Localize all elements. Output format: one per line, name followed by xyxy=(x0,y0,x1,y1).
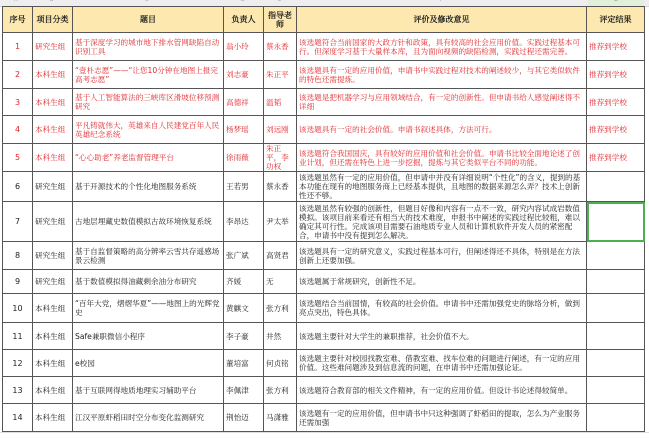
cell-seq[interactable]: 12 xyxy=(3,350,33,377)
cell-review[interactable]: 该选题符合教育部的相关文件精神，有一定的应用价值。但设计书论述得较简单。 xyxy=(297,377,587,404)
cell-category[interactable]: 研究生组 xyxy=(33,202,73,242)
cell-advisor[interactable]: 刘远刚 xyxy=(264,116,297,144)
cell-category[interactable]: 本科生组 xyxy=(33,144,73,172)
cell-advisor[interactable]: 高贤君 xyxy=(264,242,297,270)
cell-leader[interactable]: 张广斌 xyxy=(224,242,264,270)
cell-result[interactable] xyxy=(587,172,645,202)
cell-advisor[interactable]: 朱正平，李功权 xyxy=(264,144,297,172)
cell-advisor[interactable]: 朱正平 xyxy=(264,61,297,89)
cell-result[interactable] xyxy=(587,323,645,350)
cell-result[interactable]: 推荐到学校 xyxy=(587,33,645,61)
cell-title[interactable]: 基于互联网得地质地理实习辅助平台 xyxy=(73,377,224,404)
cell-seq[interactable]: 8 xyxy=(3,242,33,270)
cell-review[interactable]: 该选题有一定的应用价值，但申请书中只这种强调了虾稻田的提取，怎么为产业服务还需加… xyxy=(297,404,587,432)
cell-title[interactable]: “心心助老”养老监督管理平台 xyxy=(73,144,224,172)
table-row: 2本科生组“壹朴志愿”——“让您10分钟在地图上报完高考志愿”刘志豪朱正平该选题… xyxy=(3,61,645,89)
cell-title[interactable]: e校园 xyxy=(73,350,224,377)
table-row: 3本科生组基于人工智能算法的三峡库区滑坡位移预测研究高德祥温韬该选题是把机器学习… xyxy=(3,89,645,116)
empty-rows-area xyxy=(0,432,649,439)
header-advisor[interactable]: 指导老师 xyxy=(264,7,297,33)
cell-result[interactable]: 推荐到学校 xyxy=(587,89,645,116)
header-row: 序号 项目分类 题目 负责人 指导老师 评价及修改意见 评定结果 xyxy=(3,7,645,33)
cell-category[interactable]: 本科生组 xyxy=(33,294,73,323)
cell-title[interactable]: 基于深度学习的城市地下排水管网缺陷自动识别工具 xyxy=(73,33,224,61)
cell-advisor[interactable]: 蔡永香 xyxy=(264,172,297,202)
cell-result[interactable] xyxy=(587,350,645,377)
cell-seq[interactable]: 9 xyxy=(3,270,33,294)
table-row: 7研究生组古地层埋藏史数值模拟古故环境恢复系统李昂达尹太举该选题虽然有较强的创新… xyxy=(3,202,645,242)
header-title[interactable]: 题目 xyxy=(73,7,224,33)
cell-seq[interactable]: 3 xyxy=(3,89,33,116)
table-row: 5本科生组“心心助老”养老监督管理平台徐雨薇朱正平，李功权该选题符合我国国庆，具… xyxy=(3,144,645,172)
cell-advisor[interactable]: 温韬 xyxy=(264,89,297,116)
cell-result[interactable] xyxy=(587,242,645,270)
table-row: 14本科生组江汉平原虾稻田时空分布变化监测研究荆怡迈马潇雅该选题有一定的应用价值… xyxy=(3,404,645,432)
cell-title[interactable]: 基于数值模拟得油藏剩余油分布研究 xyxy=(73,270,224,294)
cell-result[interactable] xyxy=(587,377,645,404)
cell-review[interactable]: 该选题属于常规研究，创新性不足。 xyxy=(297,270,587,294)
cell-advisor[interactable]: 蔡永香 xyxy=(264,33,297,61)
table-row: 13本科生组基于互联网得地质地理实习辅助平台李佩津张方利该选题符合教育部的相关文… xyxy=(3,377,645,404)
cell-review[interactable]: 该选题结合当前国情，有较高的社会价值。申请书中还需加强党史的脉络分析，做到亮点突… xyxy=(297,294,587,323)
cell-category[interactable]: 研究生组 xyxy=(33,270,73,294)
cell-leader[interactable]: 李昂达 xyxy=(224,202,264,242)
column-letter-f[interactable]: F xyxy=(440,0,443,3)
header-seq[interactable]: 序号 xyxy=(3,7,33,33)
cell-leader[interactable]: 高德祥 xyxy=(224,89,264,116)
cell-seq[interactable]: 7 xyxy=(3,202,33,242)
cell-category[interactable]: 本科生组 xyxy=(33,323,73,350)
cell-seq[interactable]: 4 xyxy=(3,116,33,144)
cell-review[interactable]: 该选题具有一定的社会价值。申请书叙述具体，方法可行。 xyxy=(297,116,587,144)
cell-title[interactable]: 江汉平原虾稻田时空分布变化监测研究 xyxy=(73,404,224,432)
cell-seq[interactable]: 14 xyxy=(3,404,33,432)
header-review[interactable]: 评价及修改意见 xyxy=(297,7,587,33)
cell-review[interactable]: 该选题主要针对大学生的兼职推荐，社会价值不大。 xyxy=(297,323,587,350)
table-row: 4本科生组平凡铸就伟大，英雄来自人民建党百年人民英雄纪念系统杨梦瑶刘远刚该选题具… xyxy=(3,116,645,144)
cell-leader[interactable]: 王若男 xyxy=(224,172,264,202)
table-row: 9研究生组基于数值模拟得油藏剩余油分布研究齐媛无该选题属于常规研究，创新性不足。 xyxy=(3,270,645,294)
cell-leader[interactable]: 董培富 xyxy=(224,350,264,377)
cell-review[interactable]: 该选题具有一定的研究意义，实践过程基本可行，但阐述得还不具体，特别是在方法创新上… xyxy=(297,242,587,270)
table-row: 8研究生组基于自监督策略的高分辨率云雪共存遥感场景云检测张广斌高贤君该选题具有一… xyxy=(3,242,645,270)
cell-seq[interactable]: 11 xyxy=(3,323,33,350)
cell-review[interactable]: 该选题是把机器学习与应用领域结合，有一定的创新性。但申请书给人感觉阐述得不详细 xyxy=(297,89,587,116)
cell-leader[interactable]: 翁小玲 xyxy=(224,33,264,61)
cell-advisor[interactable]: 井然 xyxy=(264,323,297,350)
cell-result[interactable] xyxy=(587,294,645,323)
cell-seq[interactable]: 13 xyxy=(3,377,33,404)
cell-review[interactable]: 该选题具有一定的应用价值，申请书中实践过程对技术的阐述较少，与其它类似软件的特色… xyxy=(297,61,587,89)
cell-seq[interactable]: 6 xyxy=(3,172,33,202)
cell-seq[interactable]: 10 xyxy=(3,294,33,323)
cell-leader[interactable]: 刘志豪 xyxy=(224,61,264,89)
cell-result[interactable] xyxy=(587,270,645,294)
cell-category[interactable]: 本科生组 xyxy=(33,350,73,377)
cell-leader[interactable]: 李佩津 xyxy=(224,377,264,404)
header-result[interactable]: 评定结果 xyxy=(587,7,645,33)
header-category[interactable]: 项目分类 xyxy=(33,7,73,33)
cell-title[interactable]: 基于人工智能算法的三峡库区滑坡位移预测研究 xyxy=(73,89,224,116)
cell-leader[interactable]: 杨梦瑶 xyxy=(224,116,264,144)
cell-result[interactable]: 推荐到学校 xyxy=(587,144,645,172)
cell-category[interactable]: 研究生组 xyxy=(33,172,73,202)
cell-review[interactable]: 该选题主要针对校园找教室难、借教室难、找车位难的问题进行阐述，有一定的应用价值。… xyxy=(297,350,587,377)
cell-seq[interactable]: 5 xyxy=(3,144,33,172)
table-row: 6研究生组基于开源技术的个性化地图服务系统王若男蔡永香该选题虽然有一定的应用价值… xyxy=(3,172,645,202)
cell-leader[interactable]: 齐媛 xyxy=(224,270,264,294)
cell-leader[interactable]: 荆怡迈 xyxy=(224,404,264,432)
column-letter-b[interactable]: B xyxy=(50,0,53,3)
cell-title[interactable]: 基于开源技术的个性化地图服务系统 xyxy=(73,172,224,202)
cell-title[interactable]: “壹朴志愿”——“让您10分钟在地图上报完高考志愿” xyxy=(73,61,224,89)
cell-leader[interactable]: 李子豪 xyxy=(224,323,264,350)
cell-result[interactable]: 推荐到学校 xyxy=(587,61,645,89)
header-leader[interactable]: 负责人 xyxy=(224,7,264,33)
cell-seq[interactable]: 2 xyxy=(3,61,33,89)
project-review-table: 序号 项目分类 题目 负责人 指导老师 评价及修改意见 评定结果 1研究生组基于… xyxy=(2,6,645,432)
cell-result[interactable] xyxy=(587,202,645,242)
cell-review[interactable]: 该选题符合我国国庆，具有较好的应用价值和社会价值。申请书比较全面地论述了创业计划… xyxy=(297,144,587,172)
cell-title[interactable]: Safe兼职微信小程序 xyxy=(73,323,224,350)
column-letter-d[interactable]: D xyxy=(241,0,245,3)
cell-category[interactable]: 本科生组 xyxy=(33,404,73,432)
cell-title[interactable]: 平凡铸就伟大，英雄来自人民建党百年人民英雄纪念系统 xyxy=(73,116,224,144)
cell-category[interactable]: 研究生组 xyxy=(33,33,73,61)
cell-seq[interactable]: 1 xyxy=(3,33,33,61)
cell-result[interactable]: 推荐到学校 xyxy=(587,116,645,144)
cell-title[interactable]: “百年大党，熠熠华夏”——地图上的光辉党史 xyxy=(73,294,224,323)
cell-leader[interactable]: 徐雨薇 xyxy=(224,144,264,172)
cell-advisor[interactable]: 马潇雅 xyxy=(264,404,297,432)
cell-advisor[interactable]: 何贞铭 xyxy=(264,350,297,377)
column-letter-e[interactable]: E xyxy=(278,0,281,3)
cell-review[interactable]: 该选题虽然有较强的创新性，但题目好像和内容有一点不一致，研究内容试成岩数值模拟。… xyxy=(297,202,587,242)
cell-leader[interactable]: 黄麒文 xyxy=(224,294,264,323)
cell-result[interactable] xyxy=(587,404,645,432)
cell-category[interactable]: 本科生组 xyxy=(33,61,73,89)
table-row: 11本科生组Safe兼职微信小程序李子豪井然该选题主要针对大学生的兼职推荐，社会… xyxy=(3,323,645,350)
table-row: 12本科生组e校园董培富何贞铭该选题主要针对校园找教室难、借教室难、找车位难的问… xyxy=(3,350,645,377)
column-letter-a[interactable]: A xyxy=(14,0,17,3)
cell-category[interactable]: 本科生组 xyxy=(33,89,73,116)
cell-category[interactable]: 本科生组 xyxy=(33,116,73,144)
column-letter-g: G xyxy=(614,0,618,3)
cell-category[interactable]: 本科生组 xyxy=(33,377,73,404)
cell-advisor[interactable]: 张方利 xyxy=(264,294,297,323)
cell-advisor[interactable]: 张方利 xyxy=(264,377,297,404)
table-row: 10本科生组“百年大党，熠熠华夏”——地图上的光辉党史黄麒文张方利该选题结合当前… xyxy=(3,294,645,323)
table-row: 1研究生组基于深度学习的城市地下排水管网缺陷自动识别工具翁小玲蔡永香该选题符合当… xyxy=(3,33,645,61)
cell-advisor[interactable]: 尹太举 xyxy=(264,202,297,242)
cell-title[interactable]: 古地层埋藏史数值模拟古故环境恢复系统 xyxy=(73,202,224,242)
cell-title[interactable]: 基于自监督策略的高分辨率云雪共存遥感场景云检测 xyxy=(73,242,224,270)
cell-review[interactable]: 该选题虽然有一定的应用价值，但申请中并没有详细说明“个性化”的含义，提到的基本功… xyxy=(297,172,587,202)
cell-review[interactable]: 该选题符合当前国家的大政方针和政策，具有较高的社会应用价值。实践过程基本可行。但… xyxy=(297,33,587,61)
cell-category[interactable]: 研究生组 xyxy=(33,242,73,270)
cell-advisor[interactable]: 无 xyxy=(264,270,297,294)
column-letter-c[interactable]: C xyxy=(145,0,149,3)
